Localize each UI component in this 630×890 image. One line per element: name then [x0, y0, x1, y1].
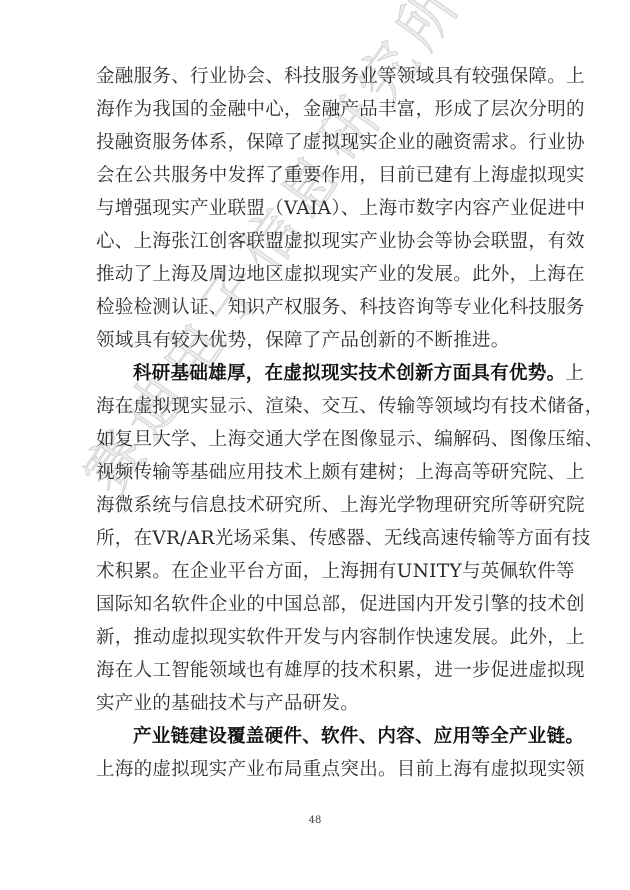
text-line: 国际知名软件企业的中国总部，促进国内开发引擎的技术创 — [96, 588, 536, 621]
text-line: 术积累。在企业平台方面，上海拥有UNITY与英佩软件等 — [96, 555, 536, 588]
text-line: 所，在VR/AR光场采集、传感器、无线高速传输等方面有技 — [96, 522, 536, 555]
text-line: 检验检测认证、知识产权服务、科技咨询等专业化科技服务 — [96, 291, 536, 324]
text-line: 海在虚拟现实显示、渲染、交互、传输等领域均有技术储备， — [96, 390, 536, 423]
text-line: 海微系统与信息技术研究所、上海光学物理研究所等研究院 — [96, 489, 536, 522]
text-line: 视频传输等基础应用技术上颇有建树；上海高等研究院、上 — [96, 456, 536, 489]
text-line: 上海的虚拟现实产业布局重点突出。目前上海有虚拟现实领 — [96, 753, 536, 786]
bold-heading: 科研基础雄厚，在虚拟现实技术创新方面具有优势。 — [133, 363, 565, 384]
text-fragment: 上 — [565, 363, 584, 384]
text-line: 会在公共服务中发挥了重要作用，目前已建有上海虚拟现实 — [96, 159, 536, 192]
text-line: 新，推动虚拟现实软件开发与内容制作快速发展。此外，上 — [96, 621, 536, 654]
text-line: 投融资服务体系，保障了虚拟现实企业的融资需求。行业协 — [96, 126, 536, 159]
text-line: 海在人工智能领域也有雄厚的技术积累，进一步促进虚拟现 — [96, 654, 536, 687]
bold-heading: 产业链建设覆盖硬件、软件、内容、应用等全产业链。 — [133, 726, 584, 747]
text-line: 心、上海张江创客联盟虚拟现实产业协会等协会联盟，有效 — [96, 225, 536, 258]
text-line: 推动了上海及周边地区虚拟现实产业的发展。此外，上海在 — [96, 258, 536, 291]
text-line: 金融服务、行业协会、科技服务业等领域具有较强保障。上 — [96, 60, 536, 93]
text-line: 海作为我国的金融中心，金融产品丰富，形成了层次分明的 — [96, 93, 536, 126]
page-number: 48 — [0, 815, 630, 826]
document-page: 赛迪电子信息研究所 金融服务、行业协会、科技服务业等领域具有较强保障。上 海作为… — [0, 0, 630, 890]
text-line: 领域具有较大优势，保障了产品创新的不断推进。 — [96, 324, 536, 357]
paragraph-heading-line: 产业链建设覆盖硬件、软件、内容、应用等全产业链。 — [96, 720, 536, 753]
text-line: 如复旦大学、上海交通大学在图像显示、编解码、图像压缩、 — [96, 423, 536, 456]
text-line: 与增强现实产业联盟（VAIA）、上海市数字内容产业促进中 — [96, 192, 536, 225]
text-line: 实产业的基础技术与产品研发。 — [96, 687, 536, 720]
body-text: 金融服务、行业协会、科技服务业等领域具有较强保障。上 海作为我国的金融中心，金融… — [96, 60, 536, 786]
paragraph-heading-line: 科研基础雄厚，在虚拟现实技术创新方面具有优势。上 — [96, 357, 536, 390]
